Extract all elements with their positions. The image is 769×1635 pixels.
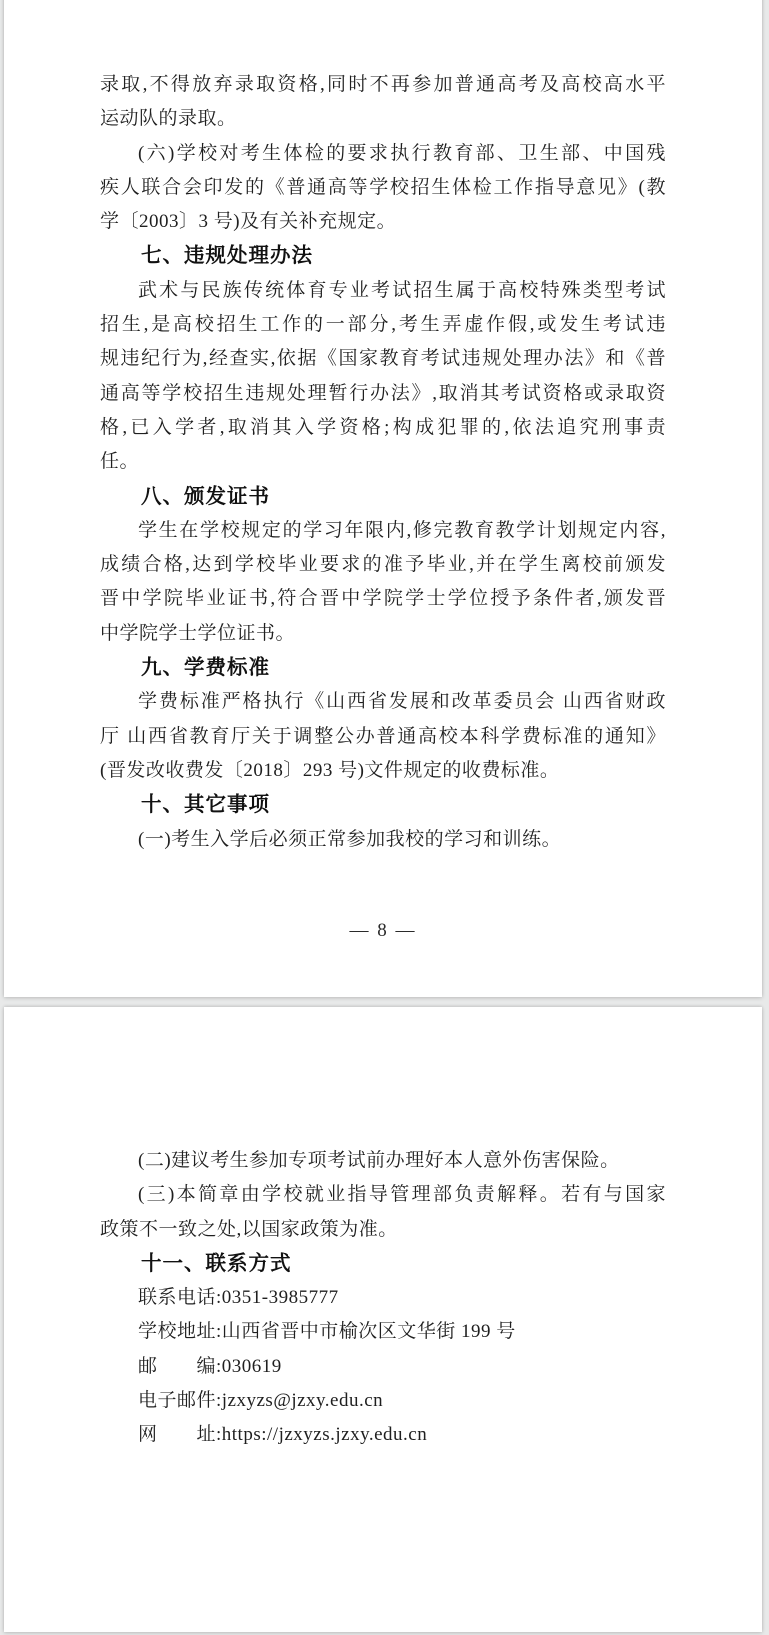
text-line: 任。 bbox=[100, 445, 666, 479]
text-line: 学校地址:山西省晋中市榆次区文华街 199 号 bbox=[100, 1315, 666, 1349]
text-line: 厅 山西省教育厅关于调整公办普通高校本科学费标准的通知》 bbox=[100, 720, 666, 754]
text-line: (六)学校对考生体检的要求执行教育部、卫生部、中国残 bbox=[100, 137, 666, 171]
text-line: 成绩合格,达到学校毕业要求的准予毕业,并在学生离校前颁发 bbox=[100, 548, 666, 582]
document-page-2: (二)建议考生参加专项考试前办理好本人意外伤害保险。(三)本简章由学校就业指导管… bbox=[4, 1007, 762, 1632]
text-line: 联系电话:0351-3985777 bbox=[100, 1281, 666, 1315]
section-heading: 十、其它事项 bbox=[100, 788, 666, 822]
text-line: 规违纪行为,经查实,依据《国家教育考试违规处理办法》和《普 bbox=[100, 342, 666, 376]
text-line: 中学院学士学位证书。 bbox=[100, 617, 666, 651]
text-line: 录取,不得放弃录取资格,同时不再参加普通高考及高校高水平 bbox=[100, 68, 666, 102]
section-heading: 九、学费标准 bbox=[100, 651, 666, 685]
text-line: (一)考生入学后必须正常参加我校的学习和训练。 bbox=[100, 823, 666, 857]
document-viewer[interactable]: 录取,不得放弃录取资格,同时不再参加普通高考及高校高水平运动队的录取。(六)学校… bbox=[0, 0, 769, 1635]
section-heading: 七、违规处理办法 bbox=[100, 239, 666, 273]
text-line: 运动队的录取。 bbox=[100, 102, 666, 136]
text-line: (晋发改收费发〔2018〕293 号)文件规定的收费标准。 bbox=[100, 754, 666, 788]
page1-content: 录取,不得放弃录取资格,同时不再参加普通高考及高校高水平运动队的录取。(六)学校… bbox=[4, 0, 762, 857]
text-line: 招生,是高校招生工作的一部分,考生弄虚作假,或发生考试违 bbox=[100, 308, 666, 342]
section-heading: 十一、联系方式 bbox=[100, 1247, 666, 1281]
text-line: 学〔2003〕3 号)及有关补充规定。 bbox=[100, 205, 666, 239]
page-number: — 8 — bbox=[4, 920, 762, 942]
text-line: 邮 编:030619 bbox=[100, 1350, 666, 1384]
text-line: 电子邮件:jzxyzs@jzxy.edu.cn bbox=[100, 1384, 666, 1418]
section-heading: 八、颁发证书 bbox=[100, 480, 666, 514]
text-line: 学生在学校规定的学习年限内,修完教育教学计划规定内容, bbox=[100, 514, 666, 548]
text-line: 武术与民族传统体育专业考试招生属于高校特殊类型考试 bbox=[100, 274, 666, 308]
text-line: 学费标准严格执行《山西省发展和改革委员会 山西省财政 bbox=[100, 685, 666, 719]
text-line: 晋中学院毕业证书,符合晋中学院学士学位授予条件者,颁发晋 bbox=[100, 582, 666, 616]
text-line: (三)本简章由学校就业指导管理部负责解释。若有与国家 bbox=[100, 1178, 666, 1212]
text-line: 政策不一致之处,以国家政策为准。 bbox=[100, 1213, 666, 1247]
text-line: 通高等学校招生违规处理暂行办法》,取消其考试资格或录取资 bbox=[100, 377, 666, 411]
page2-content: (二)建议考生参加专项考试前办理好本人意外伤害保险。(三)本简章由学校就业指导管… bbox=[4, 1007, 762, 1453]
text-line: 网 址:https://jzxyzs.jzxy.edu.cn bbox=[100, 1418, 666, 1452]
text-line: (二)建议考生参加专项考试前办理好本人意外伤害保险。 bbox=[100, 1144, 666, 1178]
text-line: 格,已入学者,取消其入学资格;构成犯罪的,依法追究刑事责 bbox=[100, 411, 666, 445]
text-line: 疾人联合会印发的《普通高等学校招生体检工作指导意见》(教 bbox=[100, 171, 666, 205]
document-page-1: 录取,不得放弃录取资格,同时不再参加普通高考及高校高水平运动队的录取。(六)学校… bbox=[4, 0, 762, 997]
